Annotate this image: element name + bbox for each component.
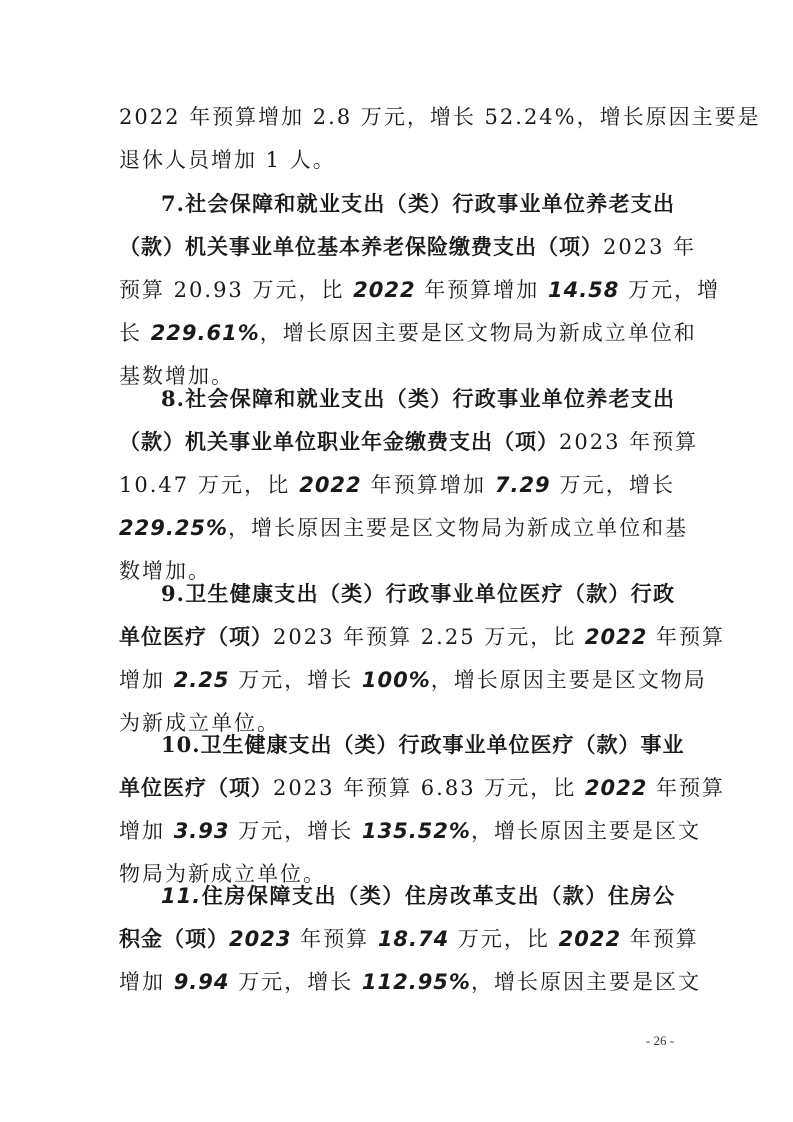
text-run: 2022 年预算增加 2.8 万元，增长 52.24%，增长原因主要是 [119, 105, 761, 129]
text-run: 增加 [119, 668, 174, 692]
heading-run: （款）机关事业单位职业年金缴费支出（项） [119, 429, 559, 454]
text-line: 增加 3.93 万元，增长 135.52%，增长原因主要是区文 [119, 814, 675, 848]
number-run: 112.95% [362, 970, 471, 994]
text-line: 长 229.61%，增长原因主要是区文物局为新成立单位和 [119, 316, 675, 350]
number-run: 14.58 [548, 278, 619, 302]
document-page: 2022 年预算增加 2.8 万元，增长 52.24%，增长原因主要是退休人员增… [0, 0, 793, 1122]
text-line: 退休人员增加 1 人。 [119, 143, 675, 177]
number-run: 7.29 [495, 473, 551, 497]
text-line: 增加 2.25 万元，增长 100%，增长原因主要是区文物局 [119, 663, 675, 697]
text-run: 2023 年预算 6.83 万元，比 [273, 776, 585, 800]
text-run: 2023 年 [603, 235, 696, 259]
text-run: 2023 年预算 [559, 430, 698, 454]
text-run: 年预算增加 [416, 278, 548, 302]
text-line: 预算 20.93 万元，比 2022 年预算增加 14.58 万元，增 [119, 273, 675, 307]
text-run: 年预算 [621, 927, 699, 951]
text-line: 单位医疗（项）2023 年预算 6.83 万元，比 2022 年预算 [119, 771, 675, 805]
text-line: 10.47 万元，比 2022 年预算增加 7.29 万元，增长 [119, 468, 675, 502]
text-line: 11.住房保障支出（类）住房改革支出（款）住房公 [161, 879, 675, 913]
number-run: 229.61% [151, 321, 260, 345]
text-line: 增加 9.94 万元，增长 112.95%，增长原因主要是区文 [119, 965, 675, 999]
number-run: 9.94 [174, 970, 230, 994]
number-run: 2022 [559, 927, 621, 951]
text-line: 积金（项）2023 年预算 18.74 万元，比 2022 年预算 [119, 922, 675, 956]
heading-run: 7.社会保障和就业支出（类）行政事业单位养老支出 [161, 191, 675, 216]
text-run: 万元，增长 [230, 970, 362, 994]
text-line: 2022 年预算增加 2.8 万元，增长 52.24%，增长原因主要是 [119, 100, 675, 134]
heading-run: （款）机关事业单位基本养老保险缴费支出（项） [119, 234, 603, 259]
number-run: 2023 [229, 927, 291, 951]
number-run: 2022 [299, 473, 361, 497]
heading-run: 积金（项） [119, 926, 229, 951]
text-run: ，增长原因主要是区文 [471, 970, 701, 994]
text-run: 预算 20.93 万元，比 [119, 278, 353, 302]
number-run: 229.25% [119, 516, 228, 540]
text-run: 2023 年预算 2.25 万元，比 [273, 625, 585, 649]
number-run: 3.93 [174, 819, 230, 843]
heading-run: 9.卫生健康支出（类）行政事业单位医疗（款）行政 [161, 581, 675, 606]
text-line: 单位医疗（项）2023 年预算 2.25 万元，比 2022 年预算 [119, 620, 675, 654]
text-run: 年预算 [291, 927, 377, 951]
text-run: ，增长原因主要是区文物局为新成立单位和 [260, 321, 697, 345]
heading-run: 住房保障支出（类）住房改革支出（款）住房公 [201, 883, 675, 908]
heading-run: 8.社会保障和就业支出（类）行政事业单位养老支出 [161, 386, 675, 411]
text-run: 年预算增加 [362, 473, 495, 497]
text-line: 8.社会保障和就业支出（类）行政事业单位养老支出 [161, 382, 675, 416]
number-run: 18.74 [378, 927, 449, 951]
text-run: 年预算 [647, 776, 725, 800]
text-run: 万元，增 [619, 278, 720, 302]
text-run: 退休人员增加 1 人。 [119, 148, 336, 172]
text-run: 增加 [119, 819, 174, 843]
number-run: 2022 [585, 776, 647, 800]
text-run: 万元，增长 [230, 668, 362, 692]
text-line: （款）机关事业单位基本养老保险缴费支出（项）2023 年 [119, 230, 675, 264]
text-run: ，增长原因主要是区文 [471, 819, 701, 843]
text-run: ，增长原因主要是区文物局为新成立单位和基 [228, 516, 688, 540]
text-line: 9.卫生健康支出（类）行政事业单位医疗（款）行政 [161, 577, 675, 611]
number-run: 11. [161, 884, 201, 908]
text-run: 10.47 万元，比 [119, 473, 299, 497]
text-line: 229.25%，增长原因主要是区文物局为新成立单位和基 [119, 511, 675, 545]
text-line: 7.社会保障和就业支出（类）行政事业单位养老支出 [161, 187, 675, 221]
text-run: 年预算 [647, 625, 725, 649]
text-line: （款）机关事业单位职业年金缴费支出（项）2023 年预算 [119, 425, 675, 459]
number-run: 135.52% [362, 819, 471, 843]
text-run: ，增长原因主要是区文物局 [431, 668, 707, 692]
text-line: 10.卫生健康支出（类）行政事业单位医疗（款）事业 [161, 728, 675, 762]
heading-run: 单位医疗（项） [119, 775, 273, 800]
heading-run: 10.卫生健康支出（类）行政事业单位医疗（款）事业 [161, 732, 685, 757]
heading-run: 单位医疗（项） [119, 624, 273, 649]
number-run: 2022 [353, 278, 415, 302]
text-run: 增加 [119, 970, 174, 994]
text-run: 万元，增长 [230, 819, 362, 843]
text-run: 长 [119, 321, 151, 345]
number-run: 2022 [585, 625, 647, 649]
text-run: 万元，增长 [551, 473, 675, 497]
page-number: - 26 - [630, 1033, 690, 1049]
text-run: 万元，比 [449, 927, 558, 951]
number-run: 100% [362, 668, 431, 692]
number-run: 2.25 [174, 668, 230, 692]
